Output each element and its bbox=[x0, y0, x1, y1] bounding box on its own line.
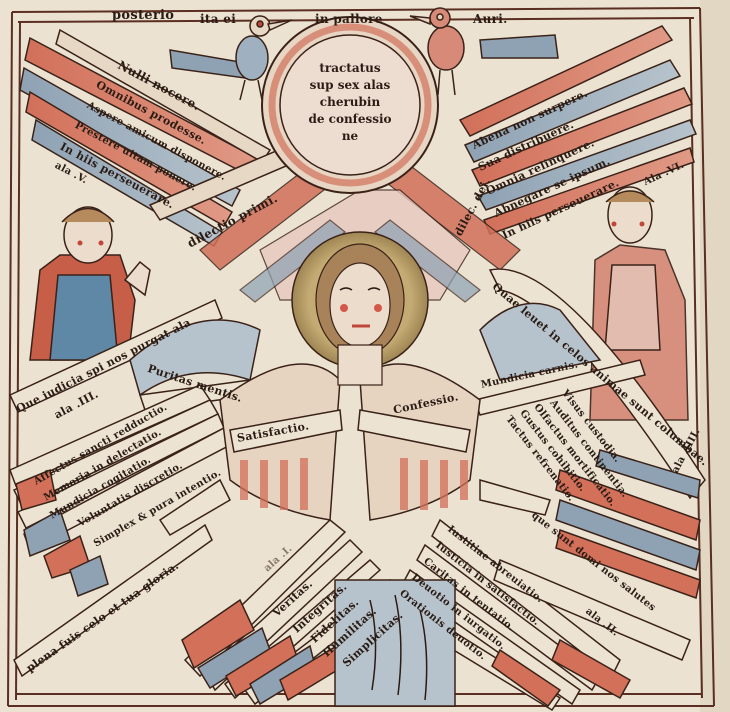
manuscript-page: posterio ita ei in pallore Auri. tractat… bbox=[0, 0, 730, 712]
medallion-line: ne bbox=[295, 128, 405, 145]
medallion-text: tractatus sup sex alas cherubin de confe… bbox=[295, 60, 405, 145]
medallion-line: sup sex alas bbox=[295, 77, 405, 94]
medallion-line: de confessio bbox=[295, 111, 405, 128]
caption-posterio: posterio bbox=[112, 8, 174, 23]
caption-in-pallore: in pallore bbox=[315, 12, 383, 26]
medallion-line: cherubin bbox=[295, 94, 405, 111]
medallion-line: tractatus bbox=[295, 60, 405, 77]
caption-auri: Auri. bbox=[473, 12, 508, 26]
caption-ita-ei: ita ei bbox=[200, 12, 236, 26]
